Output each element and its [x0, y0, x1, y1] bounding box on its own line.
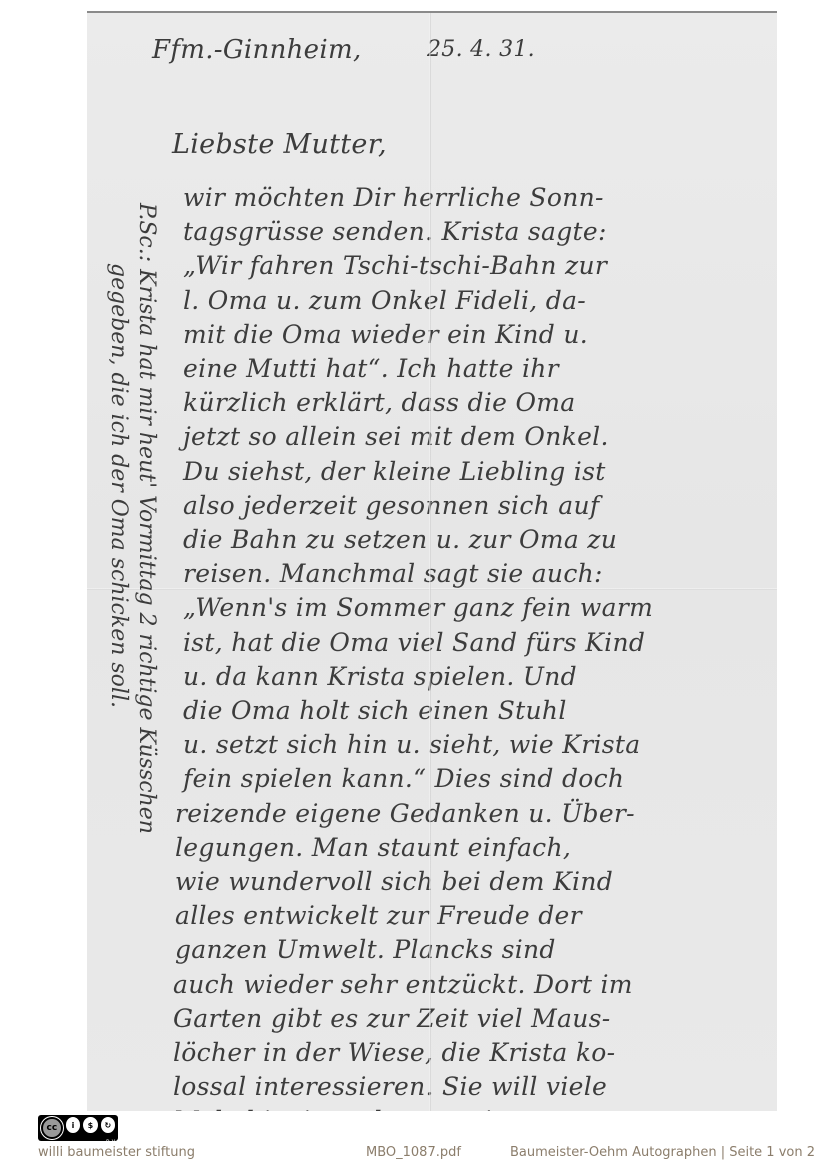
paper-fold	[87, 588, 777, 590]
letter-line: u. setzt sich hin u. sieht, wie Krista	[183, 730, 640, 759]
by-icon: i	[66, 1117, 80, 1133]
cc-icon: cc	[41, 1117, 63, 1139]
letter-date: 25. 4. 31.	[427, 37, 535, 62]
letter-line: also jederzeit gesonnen sich auf	[183, 491, 599, 520]
letter-line: „Wir fahren Tschi-tschi-Bahn zur	[183, 251, 607, 280]
publisher-name: willi baumeister stiftung	[38, 1145, 195, 1160]
letter-line: ganzen Umwelt. Plancks sind	[175, 935, 556, 964]
letter-scan: Ffm.-Ginnheim, 25. 4. 31. Liebste Mutter…	[87, 11, 777, 1111]
letter-line: wie wundervoll sich bei dem Kind	[175, 867, 613, 896]
letter-line: legungen. Man staunt einfach,	[175, 833, 571, 862]
letter-line: „Wenn's im Sommer ganz fein warm	[183, 593, 653, 622]
letter-line: alles entwickelt zur Freude der	[175, 901, 582, 930]
letter-line: reizende eigene Gedanken u. Über-	[175, 799, 635, 828]
letter-line: tagsgrüsse senden. Krista sagte:	[183, 217, 607, 246]
file-name: MBO_1087.pdf	[366, 1145, 461, 1160]
letter-line: Garten gibt es zur Zeit viel Maus-	[173, 1004, 611, 1033]
letter-line: reisen. Manchmal sagt sie auch:	[183, 559, 603, 588]
letter-line: fein spielen kann.“ Dies sind doch	[183, 764, 624, 793]
letter-line: eine Mutti hat“. Ich hatte ihr	[183, 354, 559, 383]
letter-line: Du siehst, der kleine Liebling ist	[183, 457, 606, 486]
letter-line: jetzt so allein sei mit dem Onkel.	[183, 422, 609, 451]
letter-line: die Oma holt sich einen Stuhl	[183, 696, 567, 725]
letter-line: lossal interessieren. Sie will viele	[173, 1072, 607, 1101]
letter-line: löcher in der Wiese, die Krista ko-	[173, 1038, 615, 1067]
letter-line: u. da kann Krista spielen. Und	[183, 662, 577, 691]
letter-line: ist, hat die Oma viel Sand fürs Kind	[183, 628, 645, 657]
letter-line: die Bahn zu setzen u. zur Oma zu	[183, 525, 617, 554]
letter-line: mit die Oma wieder ein Kind u.	[183, 320, 588, 349]
collection-page-info: Baumeister-Oehm Autographen | Seite 1 vo…	[510, 1145, 815, 1160]
letter-salutation: Liebste Mutter,	[172, 129, 387, 160]
postscript-line: gegeben, die ich der Oma schicken soll.	[106, 263, 131, 708]
sa-icon: ↻	[101, 1117, 115, 1133]
letter-line: auch wieder sehr entzückt. Dort im	[173, 970, 633, 999]
nc-icon: $	[83, 1117, 97, 1133]
postscript-line: P.Sc.: Krista hat mir heut' Vormittag 2 …	[134, 203, 159, 834]
letter-line: kürzlich erklärt, dass die Oma	[183, 388, 575, 417]
cc-by-nc-sa-icon: cc i $ ↻ BY NC SA	[38, 1115, 118, 1141]
letter-place: Ffm.-Ginnheim,	[152, 35, 362, 65]
letter-line: l. Oma u. zum Onkel Fideli, da-	[183, 286, 586, 315]
page-footer: cc i $ ↻ BY NC SA willi baumeister stift…	[0, 1110, 827, 1169]
letter-line: wir möchten Dir herrliche Sonn-	[183, 183, 604, 212]
